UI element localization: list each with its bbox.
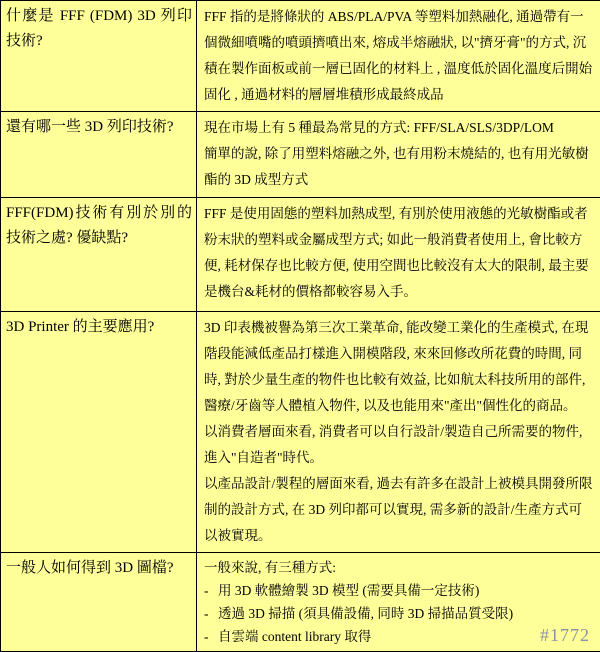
table-row: FFF(FDM)技術有別於別的技術之處? 優缺點? FFF 是使用固態的塑料加熱… xyxy=(1,198,600,312)
table-row: 3D Printer 的主要應用? 3D 印表機被譽為第三次工業革命, 能改變工… xyxy=(1,312,600,553)
answer-intro: 一般來說, 有三種方式: xyxy=(204,556,594,579)
question-cell-other-technologies: 還有哪一些 3D 列印技術? xyxy=(1,112,197,198)
answer-cell-fff-differences: FFF 是使用固態的塑料加熱成型, 有別於使用液態的光敏樹酯或者粉末狀的塑料或金… xyxy=(197,198,600,312)
bullet-dash: - xyxy=(204,625,218,648)
answer-paragraph: 現在市場上有 5 種最為常見的方式: FFF/SLA/SLS/3DP/LOM xyxy=(204,115,594,141)
question-cell-main-applications: 3D Printer 的主要應用? xyxy=(1,312,197,553)
list-item: - 透過 3D 掃描 (須具備設備, 同時 3D 掃描品質受限) xyxy=(204,602,594,625)
answer-paragraph: FFF 是使用固態的塑料加熱成型, 有別於使用液態的光敏樹酯或者粉末狀的塑料或金… xyxy=(204,201,594,305)
question-text: 什麼是 FFF (FDM) 3D 列印技術? xyxy=(6,8,192,49)
bullet-text: 透過 3D 掃描 (須具備設備, 同時 3D 掃描品質受限) xyxy=(218,602,513,625)
question-cell-get-3d-files: 一般人如何得到 3D 圖檔? xyxy=(1,553,197,652)
answer-paragraph: FFF 指的是將條狀的 ABS/PLA/PVA 等塑料加熱融化, 通過帶有一個微… xyxy=(204,4,594,108)
question-text: FFF(FDM)技術有別於別的技術之處? 優缺點? xyxy=(6,205,192,246)
question-text: 還有哪一些 3D 列印技術? xyxy=(6,119,174,135)
answer-paragraph: 以消費者層面來看, 消費者可以自行設計/製造自己所需要的物件, 進入"自造者"時… xyxy=(204,419,594,471)
list-item: - 用 3D 軟體繪製 3D 模型 (需要具備一定技術) xyxy=(204,579,594,602)
bullet-text: 用 3D 軟體繪製 3D 模型 (需要具備一定技術) xyxy=(218,579,479,602)
table-row: 還有哪一些 3D 列印技術? 現在市場上有 5 種最為常見的方式: FFF/SL… xyxy=(1,112,600,198)
bullet-text: 自雲端 content library 取得 xyxy=(218,625,371,648)
bullet-dash: - xyxy=(204,602,218,625)
bullet-dash: - xyxy=(204,579,218,602)
answer-cell-main-applications: 3D 印表機被譽為第三次工業革命, 能改變工業化的生產模式, 在現階段能減低產品… xyxy=(197,312,600,553)
question-text: 一般人如何得到 3D 圖檔? xyxy=(6,560,174,576)
answer-paragraph: 簡單的說, 除了用塑料熔融之外, 也有用粉末燒結的, 也有用光敏樹酯的 3D 成… xyxy=(204,141,594,193)
page-id-badge: #1772 xyxy=(540,624,590,647)
answer-cell-what-is-fff: FFF 指的是將條狀的 ABS/PLA/PVA 等塑料加熱融化, 通過帶有一個微… xyxy=(197,1,600,112)
question-cell-fff-differences: FFF(FDM)技術有別於別的技術之處? 優缺點? xyxy=(1,198,197,312)
question-text: 3D Printer 的主要應用? xyxy=(6,319,154,335)
answer-cell-other-technologies: 現在市場上有 5 種最為常見的方式: FFF/SLA/SLS/3DP/LOM 簡… xyxy=(197,112,600,198)
answer-paragraph: 3D 印表機被譽為第三次工業革命, 能改變工業化的生產模式, 在現階段能減低產品… xyxy=(204,315,594,419)
faq-table: 什麼是 FFF (FDM) 3D 列印技術? FFF 指的是將條狀的 ABS/P… xyxy=(0,0,600,652)
answer-cell-get-3d-files: 一般來說, 有三種方式: - 用 3D 軟體繪製 3D 模型 (需要具備一定技術… xyxy=(197,553,600,652)
answer-paragraph: 以產品設計/製程的層面來看, 過去有許多在設計上被模具開發所限制的設計方式, 在… xyxy=(204,471,594,549)
list-item: - 自雲端 content library 取得 xyxy=(204,625,594,648)
table-row: 什麼是 FFF (FDM) 3D 列印技術? FFF 指的是將條狀的 ABS/P… xyxy=(1,1,600,112)
question-cell-what-is-fff: 什麼是 FFF (FDM) 3D 列印技術? xyxy=(1,1,197,112)
table-row: 一般人如何得到 3D 圖檔? 一般來說, 有三種方式: - 用 3D 軟體繪製 … xyxy=(1,553,600,652)
